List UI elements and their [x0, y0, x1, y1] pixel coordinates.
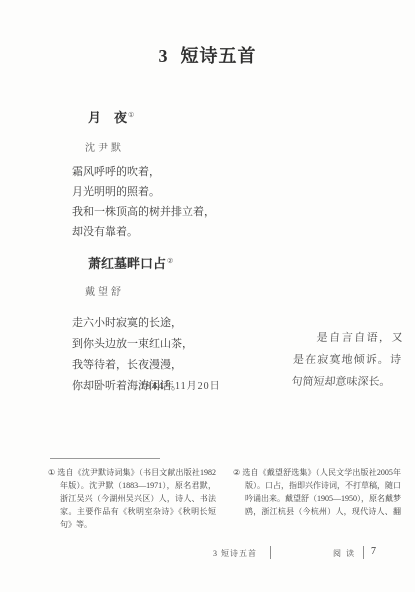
poem2-author: 戴望舒 — [85, 283, 124, 298]
footnote-marker: ① — [48, 468, 55, 477]
poem1-title-text: 月 夜 — [88, 110, 127, 125]
margin-note: 是自言自语，又是在寂寞地倾诉。诗句简短却意味深长。 — [291, 327, 404, 393]
footnote-item: ②选自《戴望舒选集》（人民文学出版社2005年版）。口占，指即兴作诗词，不打草稿… — [233, 466, 415, 536]
footnote-divider — [50, 458, 160, 459]
footnote-item: ①选自《沈尹默诗词集》（书目文献出版社1982年版）。沈尹默（1883—1971… — [48, 466, 216, 531]
footer-section: 阅读 — [333, 548, 359, 559]
poem-line: 到你头边放一束红山茶， — [72, 334, 193, 355]
footer-lesson-number: 3 — [213, 549, 218, 558]
footer-divider-bar — [270, 546, 271, 559]
poem1-footnote-ref: ① — [128, 111, 134, 119]
footer-divider-bar — [363, 546, 364, 559]
footer-lesson-title: 短诗五首 — [221, 549, 257, 558]
poem-line: 我等待着，长夜漫漫， — [72, 355, 193, 376]
textbook-page: 3短诗五首 月 夜① 沈尹默 霜风呼呼的吹着， 月光明明的照着。 我和一株顶高的… — [0, 0, 415, 592]
poem2-date: 1944年11月20日 — [140, 377, 221, 392]
poem2-title-text: 萧红墓畔口占 — [88, 256, 166, 271]
page-footer: 3 短诗五首 阅读 7 — [0, 546, 415, 562]
footnote-text: 选自《沈尹默诗词集》（书目文献出版社1982年版）。沈尹默（1883—1971）… — [57, 468, 216, 529]
poem-line: 霜风呼呼的吹着， — [72, 162, 215, 182]
poem-line: 却没有靠着。 — [72, 222, 215, 242]
chapter-title-text: 短诗五首 — [181, 46, 257, 66]
footnote-marker: ② — [233, 468, 240, 477]
footer-lesson: 3 短诗五首 — [213, 548, 257, 559]
poem-line: 我和一株顶高的树并排立着， — [72, 202, 215, 222]
footnote-text: 选自《戴望舒选集》（人民文学出版社2005年版）。口占，指即兴作诗词，不打草稿，… — [242, 468, 415, 516]
page-number: 7 — [371, 546, 376, 557]
poem2-footnote-ref: ② — [167, 257, 173, 265]
poem1-body: 霜风呼呼的吹着， 月光明明的照着。 我和一株顶高的树并排立着， 却没有靠着。 — [72, 162, 215, 242]
poem1-author: 沈尹默 — [85, 139, 124, 154]
chapter-title: 3短诗五首 — [0, 42, 415, 68]
poem2-title: 萧红墓畔口占② — [88, 253, 173, 272]
poem-line: 月光明明的照着。 — [72, 182, 215, 202]
chapter-number: 3 — [159, 46, 169, 66]
footnotes: ①选自《沈尹默诗词集》（书目文献出版社1982年版）。沈尹默（1883—1971… — [48, 466, 401, 536]
poem1-title: 月 夜① — [88, 107, 134, 126]
poem-line: 走六小时寂寞的长途， — [72, 313, 193, 334]
